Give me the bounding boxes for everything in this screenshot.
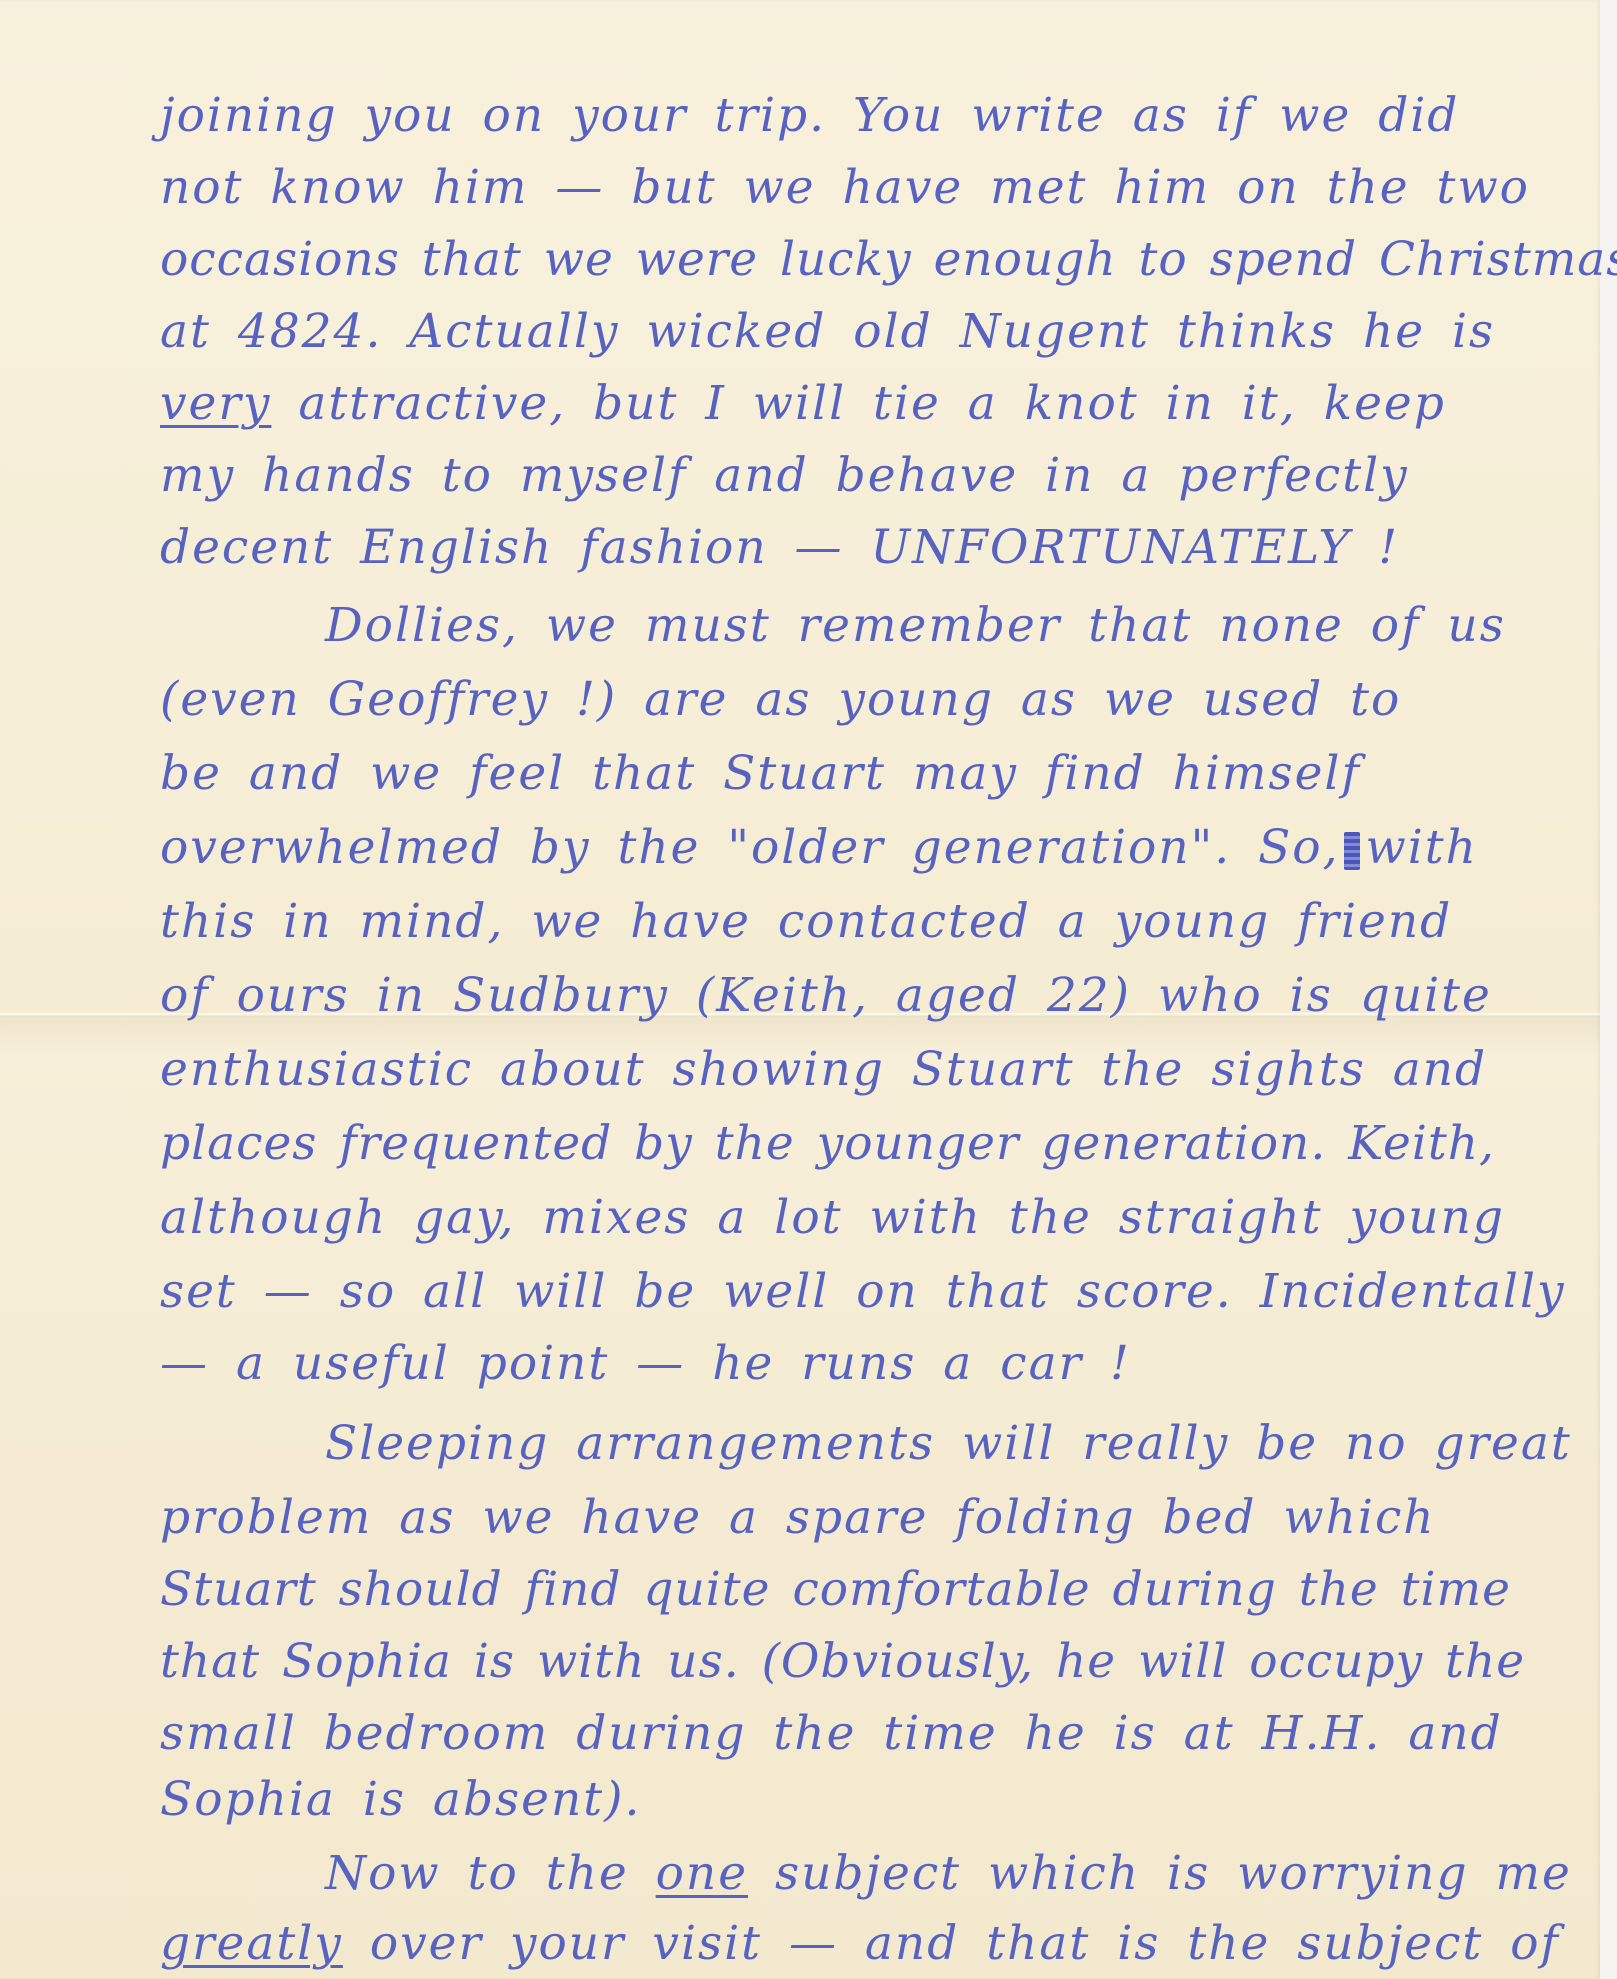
letter-line-15: places frequented by the younger generat… xyxy=(160,1116,1495,1171)
emphasis-one: one xyxy=(656,1846,748,1901)
letter-line-9: (even Geoffrey !) are as young as we use… xyxy=(160,672,1401,727)
emphasis-greatly: greatly xyxy=(160,1916,343,1971)
letter-line-20: problem as we have a spare folding bed w… xyxy=(160,1490,1436,1545)
letter-line-13: of ours in Sudbury (Keith, aged 22) who … xyxy=(160,968,1492,1023)
letter-line-21: Stuart should find quite comfortable dur… xyxy=(160,1562,1511,1617)
letter-line-11: overwhelmed by the "older generation". S… xyxy=(160,820,1478,875)
letter-line-23: small bedroom during the time he is at H… xyxy=(160,1706,1503,1761)
letter-line-14: enthusiastic about showing Stuart the si… xyxy=(160,1042,1487,1097)
letter-line-17: set — so all will be well on that score.… xyxy=(160,1264,1566,1319)
letter-line-25-post: subject which is worrying me xyxy=(748,1846,1572,1901)
emphasis-very: very xyxy=(160,376,271,431)
letter-line-7: decent English fashion — UNFORTUNATELY ! xyxy=(160,520,1399,575)
letter-line-6: my hands to myself and behave in a perfe… xyxy=(160,448,1409,503)
letter-line-24: Sophia is absent). xyxy=(160,1772,641,1827)
letter-line-18: — a useful point — he runs a car ! xyxy=(160,1336,1131,1391)
letter-line-2: not know him — but we have met him on th… xyxy=(160,160,1530,215)
letter-line-5-post: attractive, but I will tie a knot in it,… xyxy=(271,376,1445,431)
letter-line-8-paragraph-start: Dollies, we must remember that none of u… xyxy=(325,598,1506,653)
letter-line-25-pre: Now to the xyxy=(325,1846,656,1901)
letter-line-5: very attractive, but I will tie a knot i… xyxy=(160,376,1446,431)
letter-line-10: be and we feel that Stuart may find hims… xyxy=(160,746,1361,801)
scribbled-out-mark xyxy=(1344,832,1360,870)
letter-line-1: joining you on your trip. You write as i… xyxy=(160,88,1459,143)
letter-line-25-paragraph-start: Now to the one subject which is worrying… xyxy=(325,1846,1572,1901)
letter-line-11-post: with xyxy=(1366,820,1478,875)
letter-line-3: occasions that we were lucky enough to s… xyxy=(160,232,1617,287)
letter-line-26: greatly over your visit — and that is th… xyxy=(160,1916,1560,1971)
letter-line-12: this in mind, we have contacted a young … xyxy=(160,894,1452,949)
letter-line-22: that Sophia is with us. (Obviously, he w… xyxy=(160,1634,1525,1689)
letter-line-4: at 4824. Actually wicked old Nugent thin… xyxy=(160,304,1495,359)
letter-line-11-pre: overwhelmed by the "older generation". S… xyxy=(160,820,1340,875)
scan-edge-strip xyxy=(1600,0,1617,1979)
letter-line-19-paragraph-start: Sleeping arrangements will really be no … xyxy=(325,1416,1572,1471)
letter-line-16: although gay, mixes a lot with the strai… xyxy=(160,1190,1505,1245)
letter-line-26-post: over your visit — and that is the subjec… xyxy=(343,1916,1560,1971)
letter-body: joining you on your trip. You write as i… xyxy=(0,0,1600,1979)
